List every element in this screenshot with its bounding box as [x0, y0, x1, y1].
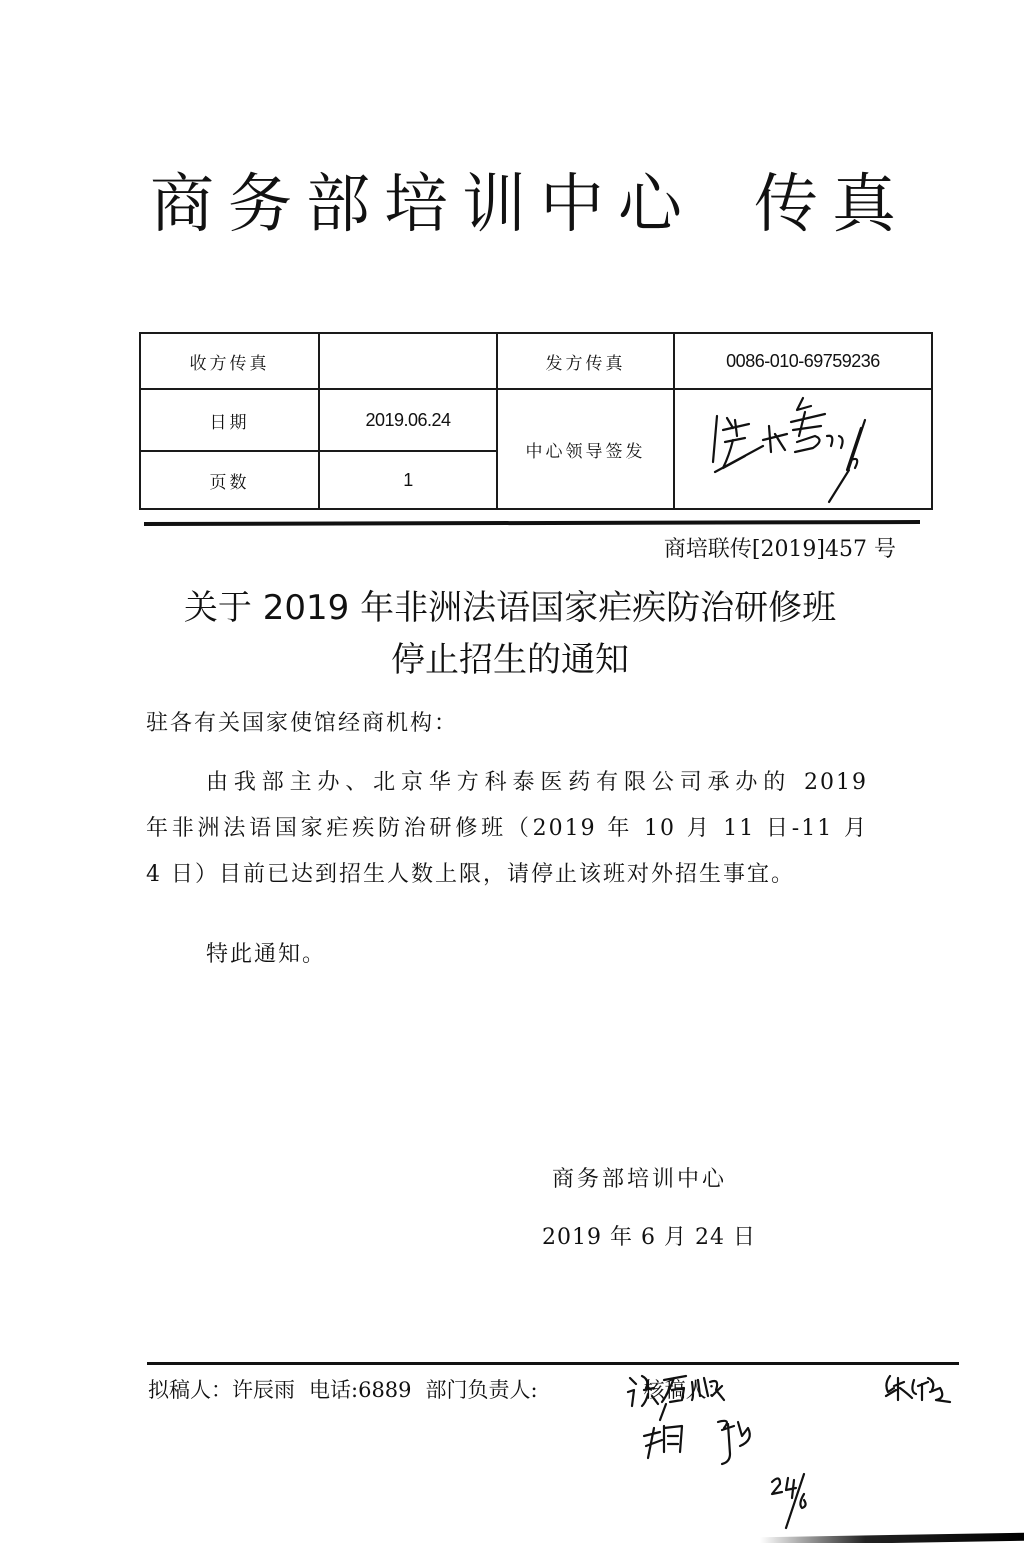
phone-value: 6889: [358, 1372, 411, 1408]
notice-title: 关于 2019 年非洲法语国家疟疾防治研修班 停止招生的通知: [140, 582, 880, 686]
handwritten-date-icon: [768, 1470, 818, 1530]
organization-name: 商务部培训中心: [150, 160, 696, 250]
scan-edge-shadow: [760, 1533, 1024, 1543]
sender-fax-label: 发方传真: [497, 333, 674, 389]
recipient-fax-label: 收方传真: [140, 333, 319, 389]
issue-date: 2019 年 6 月 24 日: [542, 1218, 756, 1258]
approval-label: 中心领导签发: [497, 389, 674, 509]
document-type: 传真: [754, 160, 910, 250]
header-divider: [144, 520, 920, 526]
issuer-name: 商务部培训中心: [552, 1160, 727, 1200]
salutation: 驻各有关国家使馆经商机构：: [146, 704, 458, 744]
pages-value: 1: [319, 451, 497, 509]
date-label: 日期: [140, 389, 319, 451]
approval-signature-icon: [675, 390, 931, 504]
body-line-2: 年非洲法语国家疟疾防治研修班（2019 年 10 月 11 日-11 月: [146, 806, 868, 852]
dept-head-signature-space: [538, 1377, 630, 1397]
body-line-3: 4 日）目前已达到招生人数上限，请停止该班对外招生事宜。: [146, 852, 868, 898]
document-number: 商培联传[2019]457 号: [560, 532, 896, 568]
fax-info-table: 收方传真 发方传真 0086-010-69759236 日期 2019.06.2…: [139, 332, 933, 510]
reviewer-signature-icon: [880, 1370, 970, 1415]
dept-head-label: 部门负责人:: [426, 1372, 538, 1408]
body-line-1: 由我部主办、北京华方科泰医药有限公司承办的 2019: [146, 760, 868, 806]
dept-head-signature-icon: [624, 1366, 754, 1476]
drafter-label: 拟稿人：: [148, 1372, 232, 1408]
closing-remark: 特此通知。: [206, 935, 326, 975]
footer-divider: [147, 1362, 959, 1365]
drafter-name: 许辰雨: [232, 1372, 295, 1408]
sender-fax-value: 0086-010-69759236: [674, 333, 932, 389]
phone-label: 电话:: [309, 1372, 358, 1408]
notice-body: 由我部主办、北京华方科泰医药有限公司承办的 2019 年非洲法语国家疟疾防治研修…: [146, 760, 868, 898]
fax-header-title: 商务部培训中心 传真: [150, 160, 910, 250]
approval-signature-cell: [674, 389, 932, 509]
pages-label: 页数: [140, 451, 319, 509]
notice-title-line-2: 停止招生的通知: [140, 634, 880, 686]
date-value: 2019.06.24: [319, 389, 497, 451]
recipient-fax-value: [319, 333, 497, 389]
notice-title-line-1: 关于 2019 年非洲法语国家疟疾防治研修班: [140, 582, 880, 634]
